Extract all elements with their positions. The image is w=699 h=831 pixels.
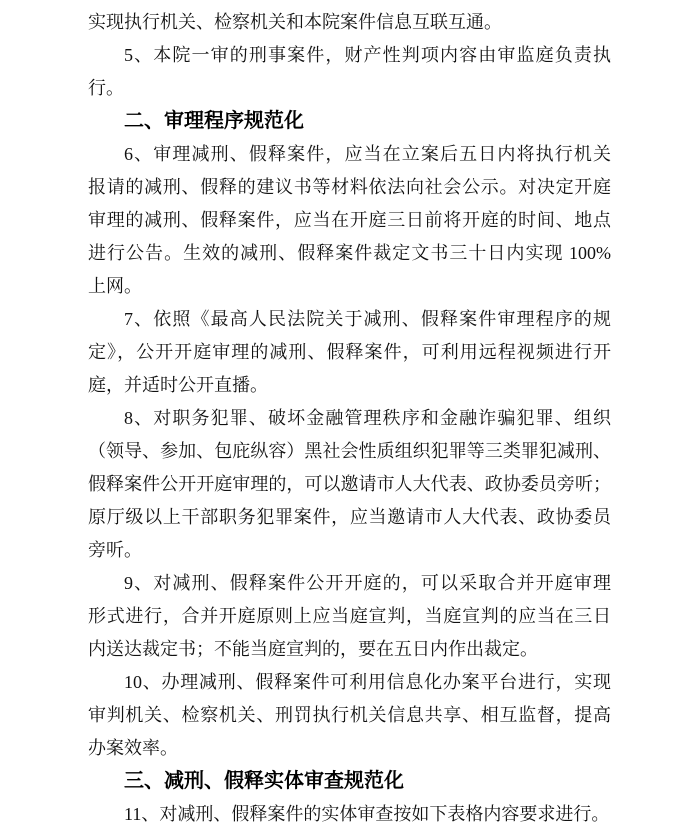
text-line: 庭，并适时公开直播。: [88, 369, 611, 402]
text-line: 审判机关、检察机关、刑罚执行机关信息共享、相互监督，提高: [88, 699, 611, 732]
text-line: 10、办理减刑、假释案件可利用信息化办案平台进行，实现: [88, 666, 611, 699]
text-line: 审理的减刑、假释案件，应当在开庭三日前将开庭的时间、地点: [88, 204, 611, 237]
text-line: 11、对减刑、假释案件的实体审查按如下表格内容要求进行。: [88, 798, 611, 831]
section-heading-2: 二、审理程序规范化: [88, 105, 611, 138]
text-line: 6、审理减刑、假释案件，应当在立案后五日内将执行机关: [88, 138, 611, 171]
text-line: 办案效率。: [88, 732, 611, 765]
text-line: 形式进行，合并开庭原则上应当庭宣判，当庭宣判的应当在三日: [88, 600, 611, 633]
text-line: 行。: [88, 72, 611, 105]
text-line: 9、对减刑、假释案件公开开庭的，可以采取合并开庭审理: [88, 567, 611, 600]
text-line: 进行公告。生效的减刑、假释案件裁定文书三十日内实现 100%: [88, 237, 611, 270]
text-line: 实现执行机关、检察机关和本院案件信息互联互通。: [88, 6, 611, 39]
text-line: 报请的减刑、假释的建议书等材料依法向社会公示。对决定开庭: [88, 171, 611, 204]
text-line: 内送达裁定书；不能当庭宣判的，要在五日内作出裁定。: [88, 633, 611, 666]
text-line: 旁听。: [88, 534, 611, 567]
text-line: 原厅级以上干部职务犯罪案件，应当邀请市人大代表、政协委员: [88, 501, 611, 534]
section-heading-3: 三、减刑、假释实体审查规范化: [88, 765, 611, 798]
text-line: 5、本院一审的刑事案件，财产性判项内容由审监庭负责执: [88, 39, 611, 72]
text-line: 定》，公开开庭审理的减刑、假释案件，可利用远程视频进行开: [88, 336, 611, 369]
text-line: （领导、参加、包庇纵容）黑社会性质组织犯罪等三类罪犯减刑、: [88, 435, 611, 468]
text-line: 8、对职务犯罪、破坏金融管理秩序和金融诈骗犯罪、组织: [88, 402, 611, 435]
text-line: 上网。: [88, 270, 611, 303]
text-line: 假释案件公开开庭审理的，可以邀请市人大代表、政协委员旁听；: [88, 468, 611, 501]
text-line: 7、依照《最高人民法院关于减刑、假释案件审理程序的规: [88, 303, 611, 336]
document-page: 实现执行机关、检察机关和本院案件信息互联互通。 5、本院一审的刑事案件，财产性判…: [0, 0, 699, 831]
